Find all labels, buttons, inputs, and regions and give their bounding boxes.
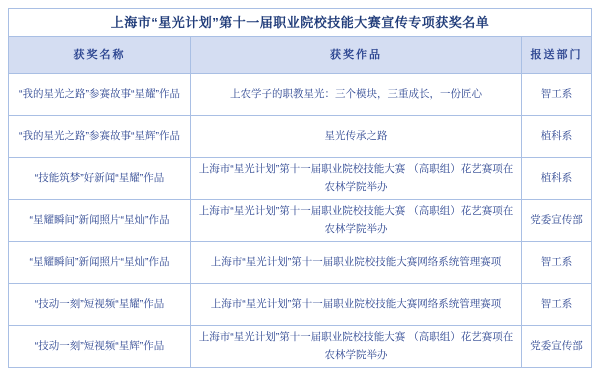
department-cell: 智工系 [522,74,592,116]
column-header-department: 报送部门 [522,37,592,74]
table-header-row: 获奖名称 获奖作品 报送部门 [9,37,592,74]
table-row: “技动一刻”短视频“星耀”作品 上海市“星光计划”第十一届职业院校技能大赛网络系… [9,284,592,326]
award-name-cell: “技动一刻”短视频“星辉”作品 [9,326,191,368]
table-row: “技动一刻”短视频“星辉”作品 上海市“星光计划”第十一届职业院校技能大赛 （高… [9,326,592,368]
table-row: “技能筑梦”好新闻“星耀”作品 上海市“星光计划”第十一届职业院校技能大赛 （高… [9,158,592,200]
award-name-cell: “星耀瞬间”新闻照片“星灿”作品 [9,200,191,242]
column-header-award-work: 获奖作品 [191,37,522,74]
department-cell: 植科系 [522,158,592,200]
award-work-cell: 星光传承之路 [191,116,522,158]
department-cell: 植科系 [522,116,592,158]
award-name-cell: “技动一刻”短视频“星耀”作品 [9,284,191,326]
page-title: 上海市“星光计划”第十一届职业院校技能大赛宣传专项获奖名单 [9,9,592,37]
department-cell: 智工系 [522,242,592,284]
award-name-cell: “技能筑梦”好新闻“星耀”作品 [9,158,191,200]
table-row: “我的星光之路”参赛故事“星耀”作品 上农学子的职教星光：三个模块，三重成长，一… [9,74,592,116]
award-name-cell: “星耀瞬间”新闻照片“星灿”作品 [9,242,191,284]
award-name-cell: “我的星光之路”参赛故事“星辉”作品 [9,116,191,158]
award-work-cell: 上海市“星光计划”第十一届职业院校技能大赛网络系统管理赛项 [191,284,522,326]
department-cell: 党委宣传部 [522,200,592,242]
table-row: “我的星光之路”参赛故事“星辉”作品 星光传承之路 植科系 [9,116,592,158]
award-work-cell: 上海市“星光计划”第十一届职业院校技能大赛 （高职组）花艺赛项在农林学院举办 [191,200,522,242]
table-row: “星耀瞬间”新闻照片“星灿”作品 上海市“星光计划”第十一届职业院校技能大赛 （… [9,200,592,242]
department-cell: 智工系 [522,284,592,326]
department-cell: 党委宣传部 [522,326,592,368]
award-work-cell: 上海市“星光计划”第十一届职业院校技能大赛 （高职组）花艺赛项在农林学院举办 [191,326,522,368]
award-name-cell: “我的星光之路”参赛故事“星耀”作品 [9,74,191,116]
award-work-cell: 上农学子的职教星光：三个模块，三重成长，一份匠心 [191,74,522,116]
table-row: “星耀瞬间”新闻照片“星灿”作品 上海市“星光计划”第十一届职业院校技能大赛网络… [9,242,592,284]
title-row: 上海市“星光计划”第十一届职业院校技能大赛宣传专项获奖名单 [9,9,592,37]
award-work-cell: 上海市“星光计划”第十一届职业院校技能大赛 （高职组）花艺赛项在农林学院举办 [191,158,522,200]
column-header-award-name: 获奖名称 [9,37,191,74]
award-work-cell: 上海市“星光计划”第十一届职业院校技能大赛网络系统管理赛项 [191,242,522,284]
award-list-table: 上海市“星光计划”第十一届职业院校技能大赛宣传专项获奖名单 获奖名称 获奖作品 … [8,8,592,368]
